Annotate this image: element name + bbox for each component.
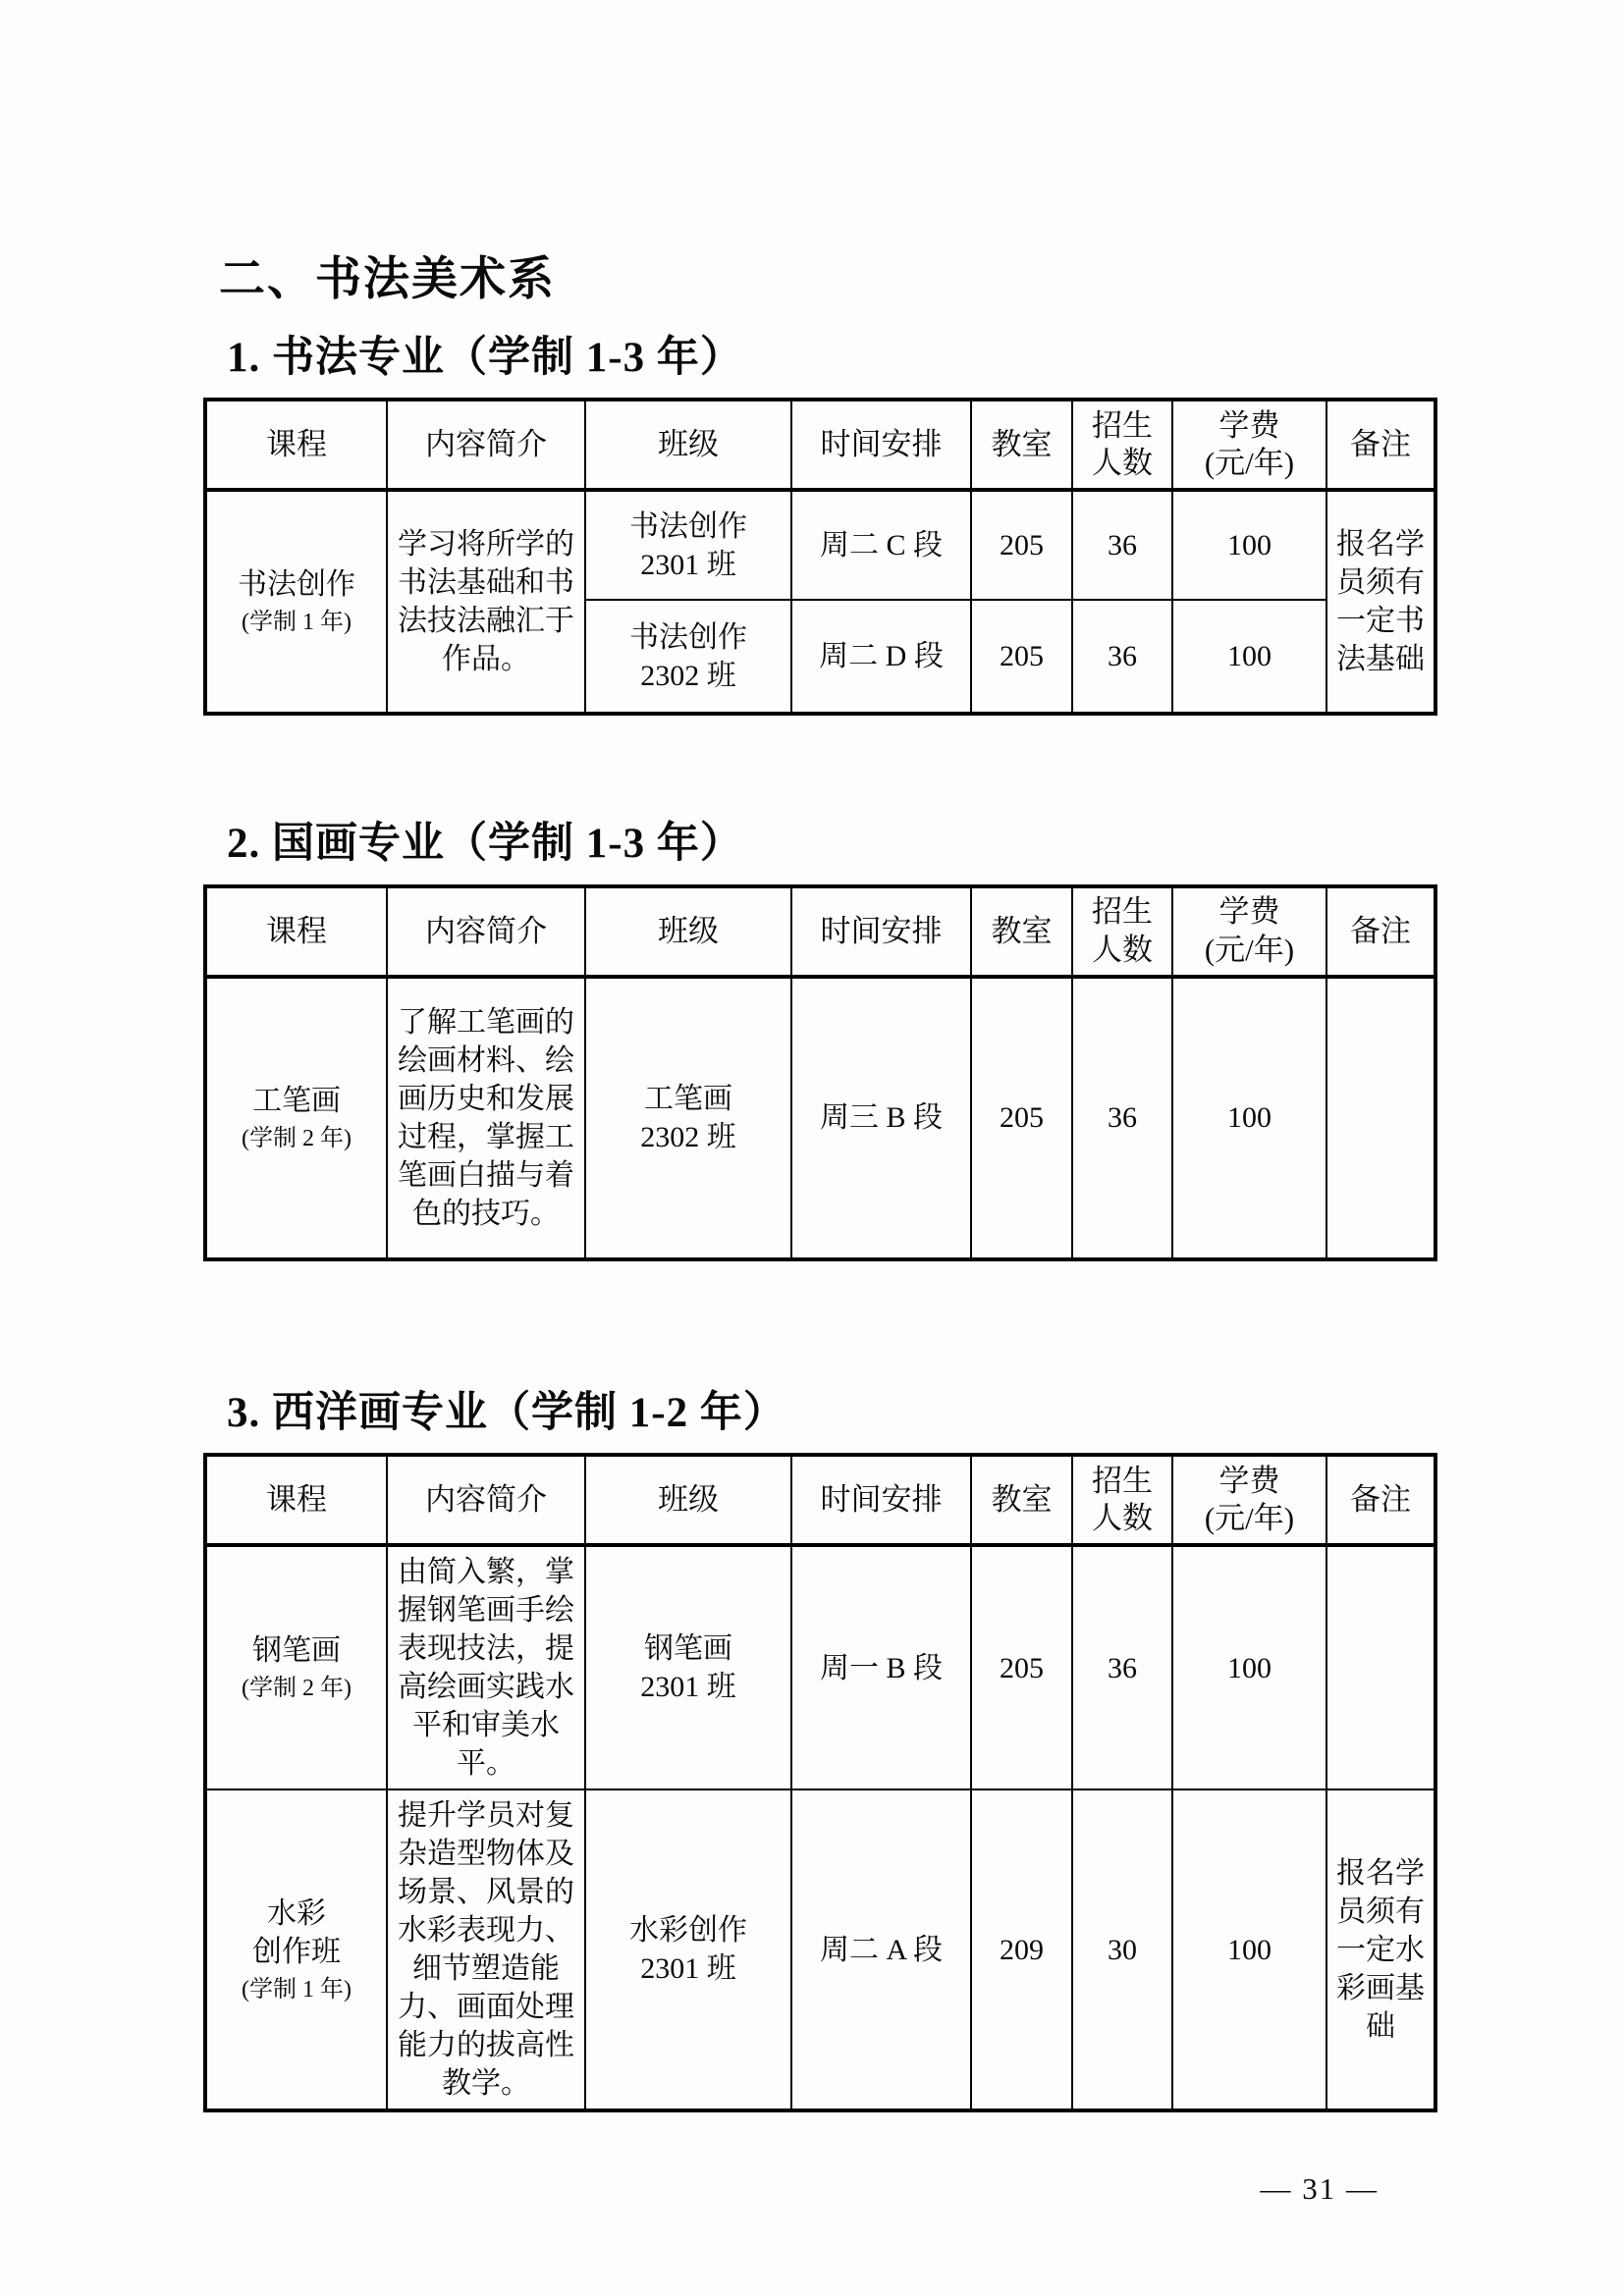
cell-class: 水彩创作 2301 班 (585, 1789, 791, 2110)
header-room: 教室 (971, 886, 1072, 977)
cell-tuition: 100 (1172, 1789, 1326, 2110)
header-enrollment: 招生 人数 (1072, 886, 1172, 977)
cell-enrollment: 36 (1072, 977, 1172, 1259)
cell-schedule: 周二 D 段 (791, 600, 971, 714)
cell-schedule: 周一 B 段 (791, 1545, 971, 1789)
header-tuition: 学费 (元/年) (1172, 400, 1326, 490)
table-row: 水彩 创作班 (学制 1 年) 提升学员对复杂造型物体及场景、风景的水彩表现力、… (205, 1789, 1435, 2110)
header-remark: 备注 (1326, 886, 1435, 977)
cell-class: 工笔画 2302 班 (585, 977, 791, 1259)
cell-schedule: 周三 B 段 (791, 977, 971, 1259)
document-title: 二、书法美术系 (219, 253, 1434, 306)
cell-room: 205 (971, 1545, 1072, 1789)
table-row: 书法创作 (学制 1 年) 学习将所学的书法基础和书法技法融汇于作品。 书法创作… (205, 490, 1435, 600)
header-remark: 备注 (1326, 1455, 1435, 1545)
cell-enrollment: 30 (1072, 1789, 1172, 2110)
header-course: 课程 (205, 400, 387, 490)
header-class: 班级 (585, 886, 791, 977)
cell-course: 工笔画 (学制 2 年) (205, 977, 387, 1259)
header-schedule: 时间安排 (791, 400, 971, 490)
section-western-painting: 3. 西洋画专业（学制 1-2 年） 课程 内容简介 班级 时间安排 教室 招生… (203, 1389, 1434, 2112)
header-room: 教室 (971, 1455, 1072, 1545)
header-tuition: 学费 (元/年) (1172, 1455, 1326, 1545)
cell-remark: 报名学员须有一定书法基础 (1326, 490, 1435, 714)
cell-room: 209 (971, 1789, 1072, 2110)
table-header-row: 课程 内容简介 班级 时间安排 教室 招生 人数 学费 (元/年) 备注 (205, 400, 1435, 490)
table-header-row: 课程 内容简介 班级 时间安排 教室 招生 人数 学费 (元/年) 备注 (205, 886, 1435, 977)
header-course: 课程 (205, 886, 387, 977)
cell-intro: 学习将所学的书法基础和书法技法融汇于作品。 (387, 490, 585, 714)
header-intro: 内容简介 (387, 1455, 585, 1545)
cell-course: 书法创作 (学制 1 年) (205, 490, 387, 714)
cell-course: 水彩 创作班 (学制 1 年) (205, 1789, 387, 2110)
header-remark: 备注 (1326, 400, 1435, 490)
cell-schedule: 周二 A 段 (791, 1789, 971, 2110)
cell-intro: 由简入繁，掌握钢笔画手绘表现技法，提高绘画实践水平和审美水平。 (387, 1545, 585, 1789)
table-chinese-painting: 课程 内容简介 班级 时间安排 教室 招生 人数 学费 (元/年) 备注 工笔画… (203, 884, 1437, 1261)
header-room: 教室 (971, 400, 1072, 490)
cell-tuition: 100 (1172, 1545, 1326, 1789)
document-page: 二、书法美术系 1. 书法专业（学制 1-3 年） 课程 内容简介 班级 时间安… (203, 0, 1434, 2207)
course-name: 工笔画 (213, 1082, 380, 1120)
cell-room: 205 (971, 490, 1072, 600)
header-course: 课程 (205, 1455, 387, 1545)
section-heading-3: 3. 西洋画专业（学制 1-2 年） (227, 1389, 1434, 1437)
course-name: 书法创作 (213, 565, 380, 604)
cell-remark (1326, 977, 1435, 1259)
header-schedule: 时间安排 (791, 886, 971, 977)
section-heading-2: 2. 国画专业（学制 1-3 年） (227, 820, 1434, 868)
page-number: — 31 — (203, 2171, 1434, 2207)
header-enrollment: 招生 人数 (1072, 1455, 1172, 1545)
table-header-row: 课程 内容简介 班级 时间安排 教室 招生 人数 学费 (元/年) 备注 (205, 1455, 1435, 1545)
cell-tuition: 100 (1172, 490, 1326, 600)
cell-remark (1326, 1545, 1435, 1789)
cell-enrollment: 36 (1072, 490, 1172, 600)
course-term: (学制 1 年) (213, 1975, 380, 2005)
course-name: 水彩 创作班 (213, 1895, 380, 1971)
header-class: 班级 (585, 1455, 791, 1545)
header-class: 班级 (585, 400, 791, 490)
header-intro: 内容简介 (387, 886, 585, 977)
course-name: 钢笔画 (213, 1631, 380, 1670)
cell-class: 钢笔画 2301 班 (585, 1545, 791, 1789)
cell-intro: 了解工笔画的绘画材料、绘画历史和发展过程，掌握工笔画白描与着色的技巧。 (387, 977, 585, 1259)
cell-room: 205 (971, 600, 1072, 714)
cell-schedule: 周二 C 段 (791, 490, 971, 600)
cell-enrollment: 36 (1072, 600, 1172, 714)
section-calligraphy: 1. 书法专业（学制 1-3 年） 课程 内容简介 班级 时间安排 教室 招生 … (203, 334, 1434, 716)
table-western-painting: 课程 内容简介 班级 时间安排 教室 招生 人数 学费 (元/年) 备注 钢笔画… (203, 1453, 1437, 2112)
header-enrollment: 招生 人数 (1072, 400, 1172, 490)
table-row: 钢笔画 (学制 2 年) 由简入繁，掌握钢笔画手绘表现技法，提高绘画实践水平和审… (205, 1545, 1435, 1789)
header-schedule: 时间安排 (791, 1455, 971, 1545)
course-term: (学制 1 年) (213, 608, 380, 638)
table-calligraphy: 课程 内容简介 班级 时间安排 教室 招生 人数 学费 (元/年) 备注 书法创… (203, 398, 1437, 716)
course-term: (学制 2 年) (213, 1674, 380, 1704)
header-intro: 内容简介 (387, 400, 585, 490)
cell-course: 钢笔画 (学制 2 年) (205, 1545, 387, 1789)
cell-enrollment: 36 (1072, 1545, 1172, 1789)
section-chinese-painting: 2. 国画专业（学制 1-3 年） 课程 内容简介 班级 时间安排 教室 招生 … (203, 820, 1434, 1260)
cell-tuition: 100 (1172, 977, 1326, 1259)
cell-class: 书法创作 2301 班 (585, 490, 791, 600)
cell-intro: 提升学员对复杂造型物体及场景、风景的水彩表现力、细节塑造能力、画面处理能力的拔高… (387, 1789, 585, 2110)
cell-tuition: 100 (1172, 600, 1326, 714)
cell-remark: 报名学员须有一定水彩画基础 (1326, 1789, 1435, 2110)
header-tuition: 学费 (元/年) (1172, 886, 1326, 977)
cell-room: 205 (971, 977, 1072, 1259)
section-heading-1: 1. 书法专业（学制 1-3 年） (227, 334, 1434, 382)
cell-class: 书法创作 2302 班 (585, 600, 791, 714)
table-row: 工笔画 (学制 2 年) 了解工笔画的绘画材料、绘画历史和发展过程，掌握工笔画白… (205, 977, 1435, 1259)
course-term: (学制 2 年) (213, 1124, 380, 1154)
